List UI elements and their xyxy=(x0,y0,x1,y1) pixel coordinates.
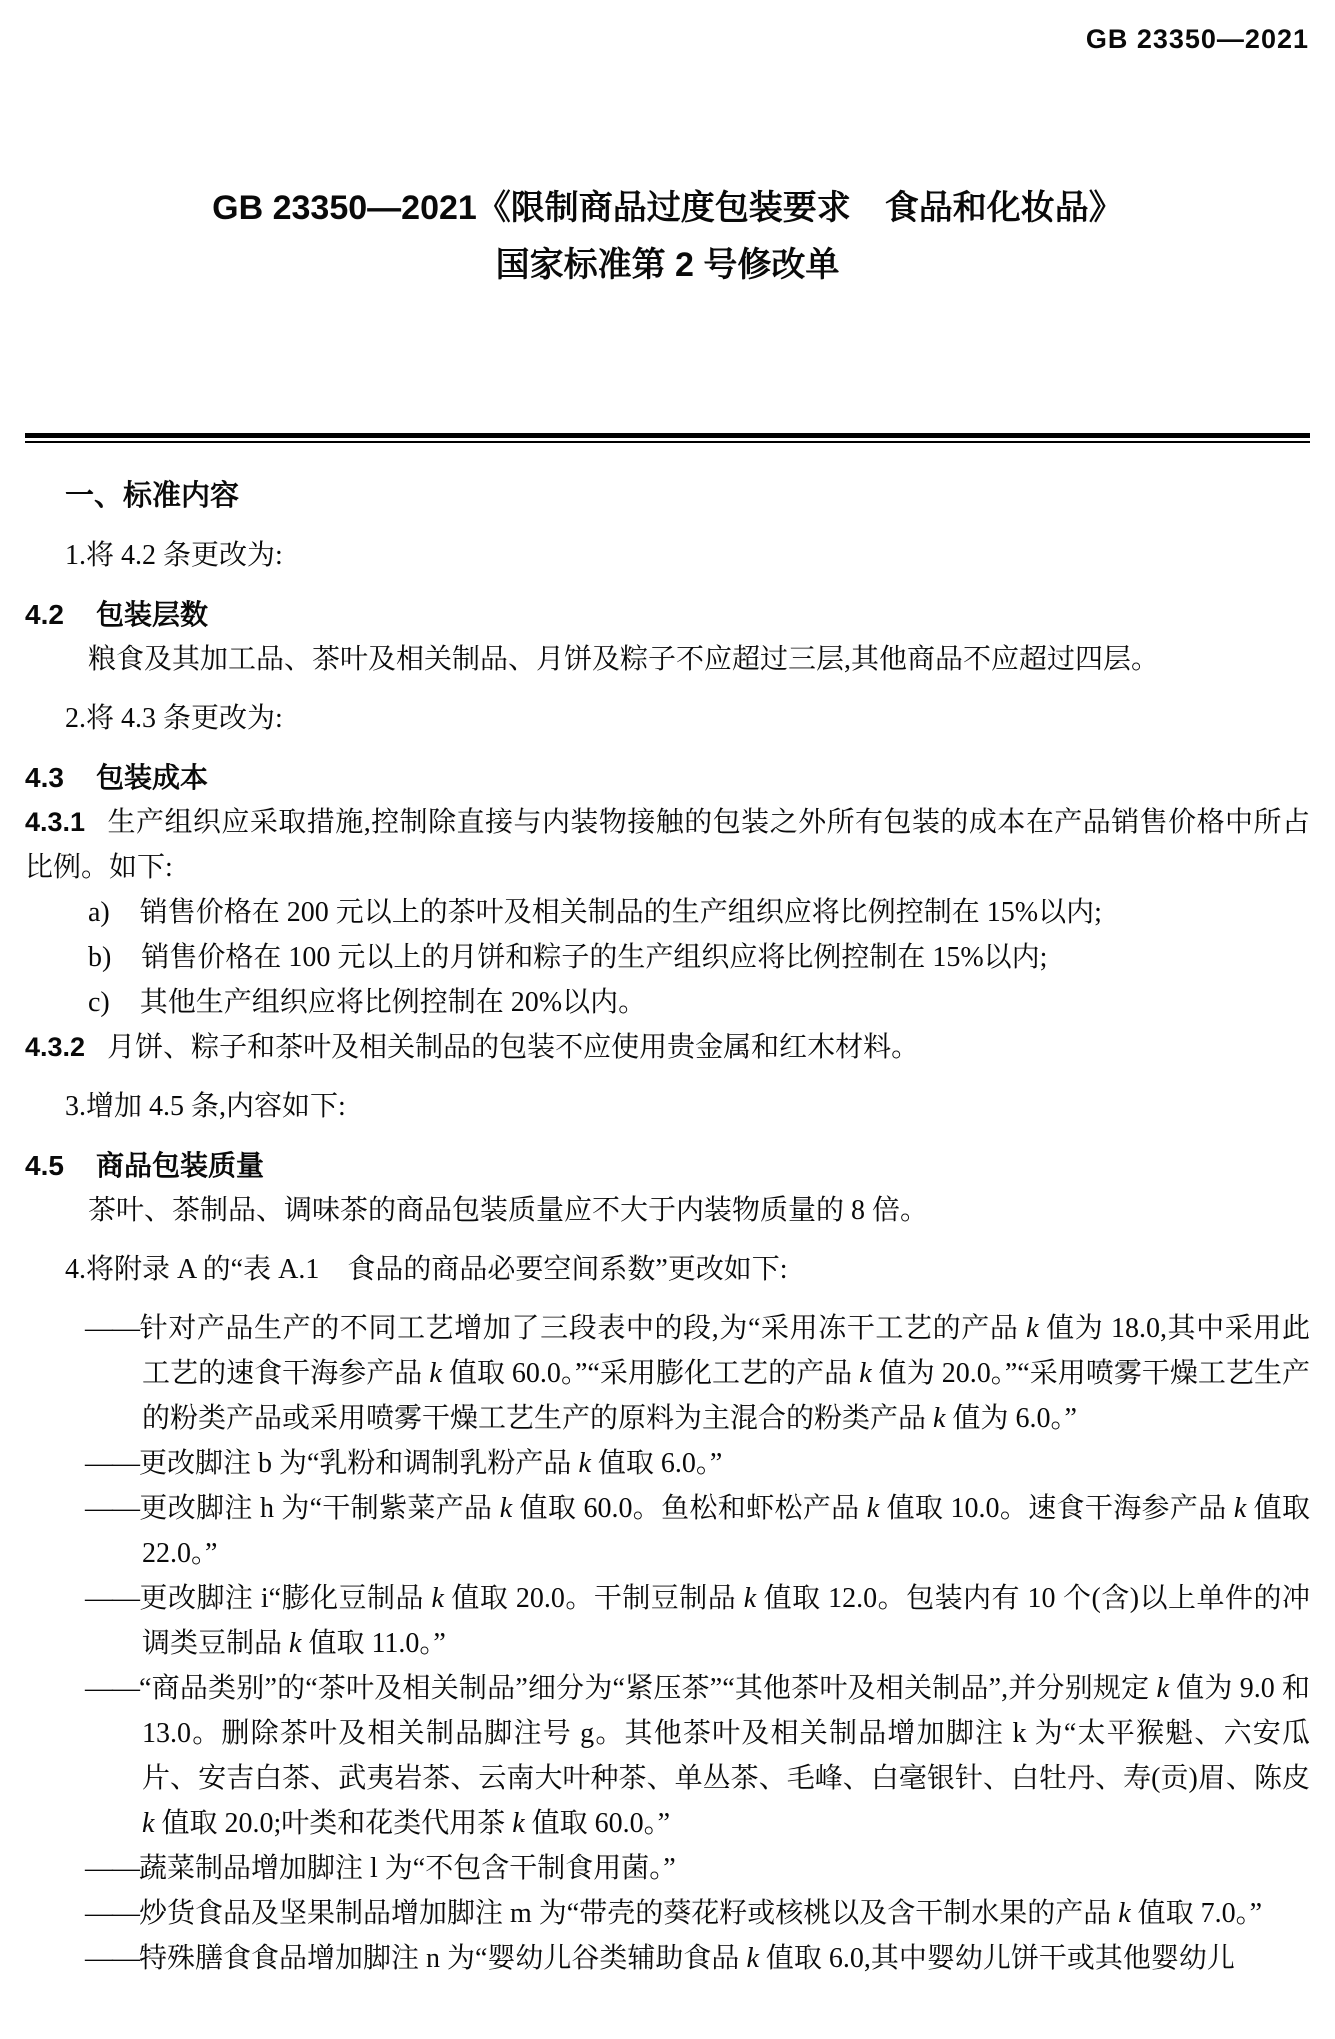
clause-heading-4-5: 4.5商品包装质量 xyxy=(25,1143,1310,1188)
clause-heading-4-2: 4.2包装层数 xyxy=(25,592,1310,637)
dash-item-4: ——更改脚注 i“膨化豆制品 k 值取 20.0。干制豆制品 k 值取 12.0… xyxy=(25,1576,1310,1666)
block-text: 包装成本 xyxy=(96,762,208,793)
block-text: 商品包装质量 xyxy=(96,1150,264,1181)
block-text: 针对产品生产的不同工艺增加了三段表中的段,为“采用冻干工艺的产品 k 值为 18… xyxy=(139,1313,1310,1434)
block-text: 生产组织应采取措施,控制除直接与内装物接触的包装之外所有包装的成本在产品销售价格… xyxy=(25,807,1310,883)
variable-k: k xyxy=(859,1358,871,1389)
block-text: 更改脚注 i“膨化豆制品 k 值取 20.0。干制豆制品 k 值取 12.0。包… xyxy=(139,1583,1310,1659)
clause-label: 4.3 xyxy=(25,762,64,793)
block-text: 茶叶、茶制品、调味茶的商品包装质量应不大于内装物质量的 8 倍。 xyxy=(88,1195,928,1226)
variable-k: k xyxy=(429,1358,441,1389)
dash-bullet: —— xyxy=(85,1898,139,1929)
dash-bullet: —— xyxy=(85,1853,139,1884)
document-page: { "page": { "doc_number": "GB 23350—2021… xyxy=(0,0,1335,2039)
block-text: 一、标准内容 xyxy=(65,480,239,512)
variable-k: k xyxy=(578,1448,590,1479)
document-title: GB 23350—2021《限制商品过度包装要求 食品和化妆品》 国家标准第 2… xyxy=(0,188,1335,285)
block-text: 炒货食品及坚果制品增加脚注 m 为“带壳的葵花籽或核桃以及含干制水果的产品 k … xyxy=(139,1898,1262,1929)
list-label: c) xyxy=(88,987,110,1018)
list-label: a) xyxy=(88,897,110,928)
clause-heading-4-3: 4.3包装成本 xyxy=(25,755,1310,800)
dash-bullet: —— xyxy=(85,1313,139,1344)
list-label: b) xyxy=(88,942,111,973)
title-line-2: 国家标准第 2 号修改单 xyxy=(0,245,1335,285)
block-text: 包装层数 xyxy=(96,599,208,630)
variable-k: k xyxy=(744,1583,756,1614)
clause-label: 4.2 xyxy=(25,599,64,630)
section-heading: 一、标准内容 xyxy=(25,474,1310,519)
clause-label: 4.3.1 xyxy=(25,807,85,837)
block-text: 销售价格在 200 元以上的茶叶及相关制品的生产组织应将比例控制在 15%以内; xyxy=(140,897,1102,928)
dash-item-8: ——特殊膳食食品增加脚注 n 为“婴幼儿谷类辅助食品 k 值取 6.0,其中婴幼… xyxy=(25,1936,1310,1981)
variable-k: k xyxy=(746,1943,758,1974)
list-item-a: a)销售价格在 200 元以上的茶叶及相关制品的生产组织应将比例控制在 15%以… xyxy=(25,890,1310,935)
variable-k: k xyxy=(867,1493,879,1524)
list-item-b: b)销售价格在 100 元以上的月饼和粽子的生产组织应将比例控制在 15%以内; xyxy=(25,935,1310,980)
dash-bullet: —— xyxy=(85,1448,139,1479)
variable-k: k xyxy=(1026,1313,1038,1344)
dash-bullet: —— xyxy=(85,1673,139,1704)
block-text: “商品类别”的“茶叶及相关制品”细分为“紧压茶”“其他茶叶及相关制品”,并分别规… xyxy=(139,1673,1310,1839)
dash-bullet: —— xyxy=(85,1583,139,1614)
list-item-c: c)其他生产组织应将比例控制在 20%以内。 xyxy=(25,980,1310,1025)
block-text: 粮食及其加工品、茶叶及相关制品、月饼及粽子不应超过三层,其他商品不应超过四层。 xyxy=(88,644,1159,675)
block-text: 更改脚注 b 为“乳粉和调制乳粉产品 k 值取 6.0。” xyxy=(139,1448,722,1479)
dash-item-7: ——炒货食品及坚果制品增加脚注 m 为“带壳的葵花籽或核桃以及含干制水果的产品 … xyxy=(25,1891,1310,1936)
clause-label: 4.3.2 xyxy=(25,1032,85,1062)
clause-4-2-text: 粮食及其加工品、茶叶及相关制品、月饼及粽子不应超过三层,其他商品不应超过四层。 xyxy=(25,637,1310,682)
variable-k: k xyxy=(1118,1898,1130,1929)
document-body: 一、标准内容1.将 4.2 条更改为:4.2包装层数粮食及其加工品、茶叶及相关制… xyxy=(25,447,1310,1981)
dash-bullet: —— xyxy=(85,1943,139,1974)
clause-4-3-1: 4.3.1生产组织应采取措施,控制除直接与内装物接触的包装之外所有包装的成本在产… xyxy=(25,800,1310,890)
block-text: 销售价格在 100 元以上的月饼和粽子的生产组织应将比例控制在 15%以内; xyxy=(141,942,1047,973)
title-line-1: GB 23350—2021《限制商品过度包装要求 食品和化妆品》 xyxy=(0,188,1335,228)
dash-item-3: ——更改脚注 h 为“干制紫菜产品 k 值取 60.0。鱼松和虾松产品 k 值取… xyxy=(25,1486,1310,1576)
dash-bullet: —— xyxy=(85,1493,139,1524)
header-rule xyxy=(25,433,1310,443)
variable-k: k xyxy=(289,1628,301,1659)
block-text: 4.将附录 A 的“表 A.1 食品的商品必要空间系数”更改如下: xyxy=(65,1254,788,1285)
clause-label: 4.5 xyxy=(25,1150,64,1181)
dash-item-1: ——针对产品生产的不同工艺增加了三段表中的段,为“采用冻干工艺的产品 k 值为 … xyxy=(25,1306,1310,1441)
dash-item-6: ——蔬菜制品增加脚注 l 为“不包含干制食用菌。” xyxy=(25,1846,1310,1891)
block-text: 其他生产组织应将比例控制在 20%以内。 xyxy=(140,987,646,1018)
variable-k: k xyxy=(512,1808,524,1839)
stmt-1: 1.将 4.2 条更改为: xyxy=(25,533,1310,578)
block-text: 更改脚注 h 为“干制紫菜产品 k 值取 60.0。鱼松和虾松产品 k 值取 1… xyxy=(139,1493,1310,1569)
dash-item-2: ——更改脚注 b 为“乳粉和调制乳粉产品 k 值取 6.0。” xyxy=(25,1441,1310,1486)
variable-k: k xyxy=(933,1403,945,1434)
dash-item-5: ——“商品类别”的“茶叶及相关制品”细分为“紧压茶”“其他茶叶及相关制品”,并分… xyxy=(25,1666,1310,1846)
clause-4-5-text: 茶叶、茶制品、调味茶的商品包装质量应不大于内装物质量的 8 倍。 xyxy=(25,1188,1310,1233)
stmt-4: 4.将附录 A 的“表 A.1 食品的商品必要空间系数”更改如下: xyxy=(25,1247,1310,1292)
block-text: 1.将 4.2 条更改为: xyxy=(65,540,283,571)
block-text: 月饼、粽子和茶叶及相关制品的包装不应使用贵金属和红木材料。 xyxy=(107,1032,919,1063)
clause-4-3-2: 4.3.2月饼、粽子和茶叶及相关制品的包装不应使用贵金属和红木材料。 xyxy=(25,1025,1310,1070)
doc-number: GB 23350—2021 xyxy=(1086,24,1309,55)
variable-k: k xyxy=(1234,1493,1246,1524)
stmt-3: 3.增加 4.5 条,内容如下: xyxy=(25,1084,1310,1129)
block-text: 特殊膳食食品增加脚注 n 为“婴幼儿谷类辅助食品 k 值取 6.0,其中婴幼儿饼… xyxy=(139,1943,1235,1974)
block-text: 2.将 4.3 条更改为: xyxy=(65,703,283,734)
stmt-2: 2.将 4.3 条更改为: xyxy=(25,696,1310,741)
block-text: 蔬菜制品增加脚注 l 为“不包含干制食用菌。” xyxy=(139,1853,676,1884)
variable-k: k xyxy=(142,1808,154,1839)
block-text: 3.增加 4.5 条,内容如下: xyxy=(65,1091,346,1122)
variable-k: k xyxy=(432,1583,444,1614)
variable-k: k xyxy=(1157,1673,1169,1704)
variable-k: k xyxy=(500,1493,512,1524)
